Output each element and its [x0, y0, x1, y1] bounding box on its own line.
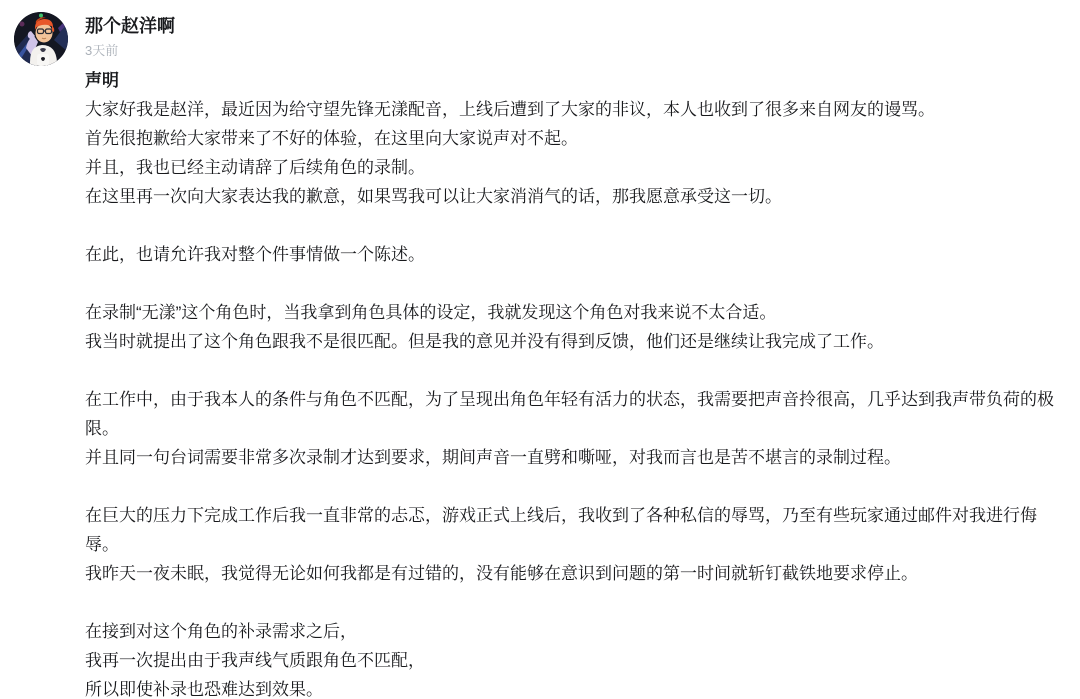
post-text-line	[85, 472, 1061, 501]
post-text-line: 首先很抱歉给大家带来了不好的体验，在这里向大家说声对不起。	[85, 124, 1061, 153]
post-text-line	[85, 588, 1061, 617]
post-text-line: 大家好我是赵洋，最近因为给守望先锋无漾配音，上线后遭到了大家的非议，本人也收到了…	[85, 95, 1061, 124]
post-text-line	[85, 269, 1061, 298]
post-title: 声明	[85, 66, 1061, 95]
post-header: 那个赵洋啊 3天前	[85, 14, 175, 60]
avatar[interactable]	[14, 12, 68, 66]
post-text-line: 我当时就提出了这个角色跟我不是很匹配。但是我的意见并没有得到反馈，他们还是继续让…	[85, 327, 1061, 356]
avatar-illustration	[14, 12, 68, 66]
post-text-line: 在这里再一次向大家表达我的歉意，如果骂我可以让大家消消气的话，那我愿意承受这一切…	[85, 182, 1061, 211]
post-text-line: 我昨天一夜未眠，我觉得无论如何我都是有过错的，没有能够在意识到问题的第一时间就斩…	[85, 559, 1061, 588]
post-text-line: 在接到对这个角色的补录需求之后，	[85, 617, 1061, 646]
post: 那个赵洋啊 3天前 声明 大家好我是赵洋，最近因为给守望先锋无漾配音，上线后遭到…	[0, 0, 1080, 699]
post-text-line: 我再一次提出由于我声线气质跟角色不匹配，	[85, 646, 1061, 675]
post-text-line: 在工作中，由于我本人的条件与角色不匹配，为了呈现出角色年轻有活力的状态，我需要把…	[85, 385, 1061, 443]
post-text-line: 所以即使补录也恐难达到效果。	[85, 675, 1061, 699]
author-name[interactable]: 那个赵洋啊	[85, 14, 175, 38]
post-text-line: 并且，我也已经主动请辞了后续角色的录制。	[85, 153, 1061, 182]
post-time: 3天前	[85, 42, 175, 60]
post-content: 声明 大家好我是赵洋，最近因为给守望先锋无漾配音，上线后遭到了大家的非议，本人也…	[85, 66, 1061, 699]
post-text-line: 在录制“无漾”这个角色时，当我拿到角色具体的设定，我就发现这个角色对我来说不太合…	[85, 298, 1061, 327]
post-text-line: 并且同一句台词需要非常多次录制才达到要求，期间声音一直劈和嘶哑，对我而言也是苦不…	[85, 443, 1061, 472]
post-text-line: 在此，也请允许我对整个件事情做一个陈述。	[85, 240, 1061, 269]
post-text-line: 在巨大的压力下完成工作后我一直非常的忐忑，游戏正式上线后，我收到了各种私信的辱骂…	[85, 501, 1061, 559]
post-text-line	[85, 211, 1061, 240]
post-text-line	[85, 356, 1061, 385]
